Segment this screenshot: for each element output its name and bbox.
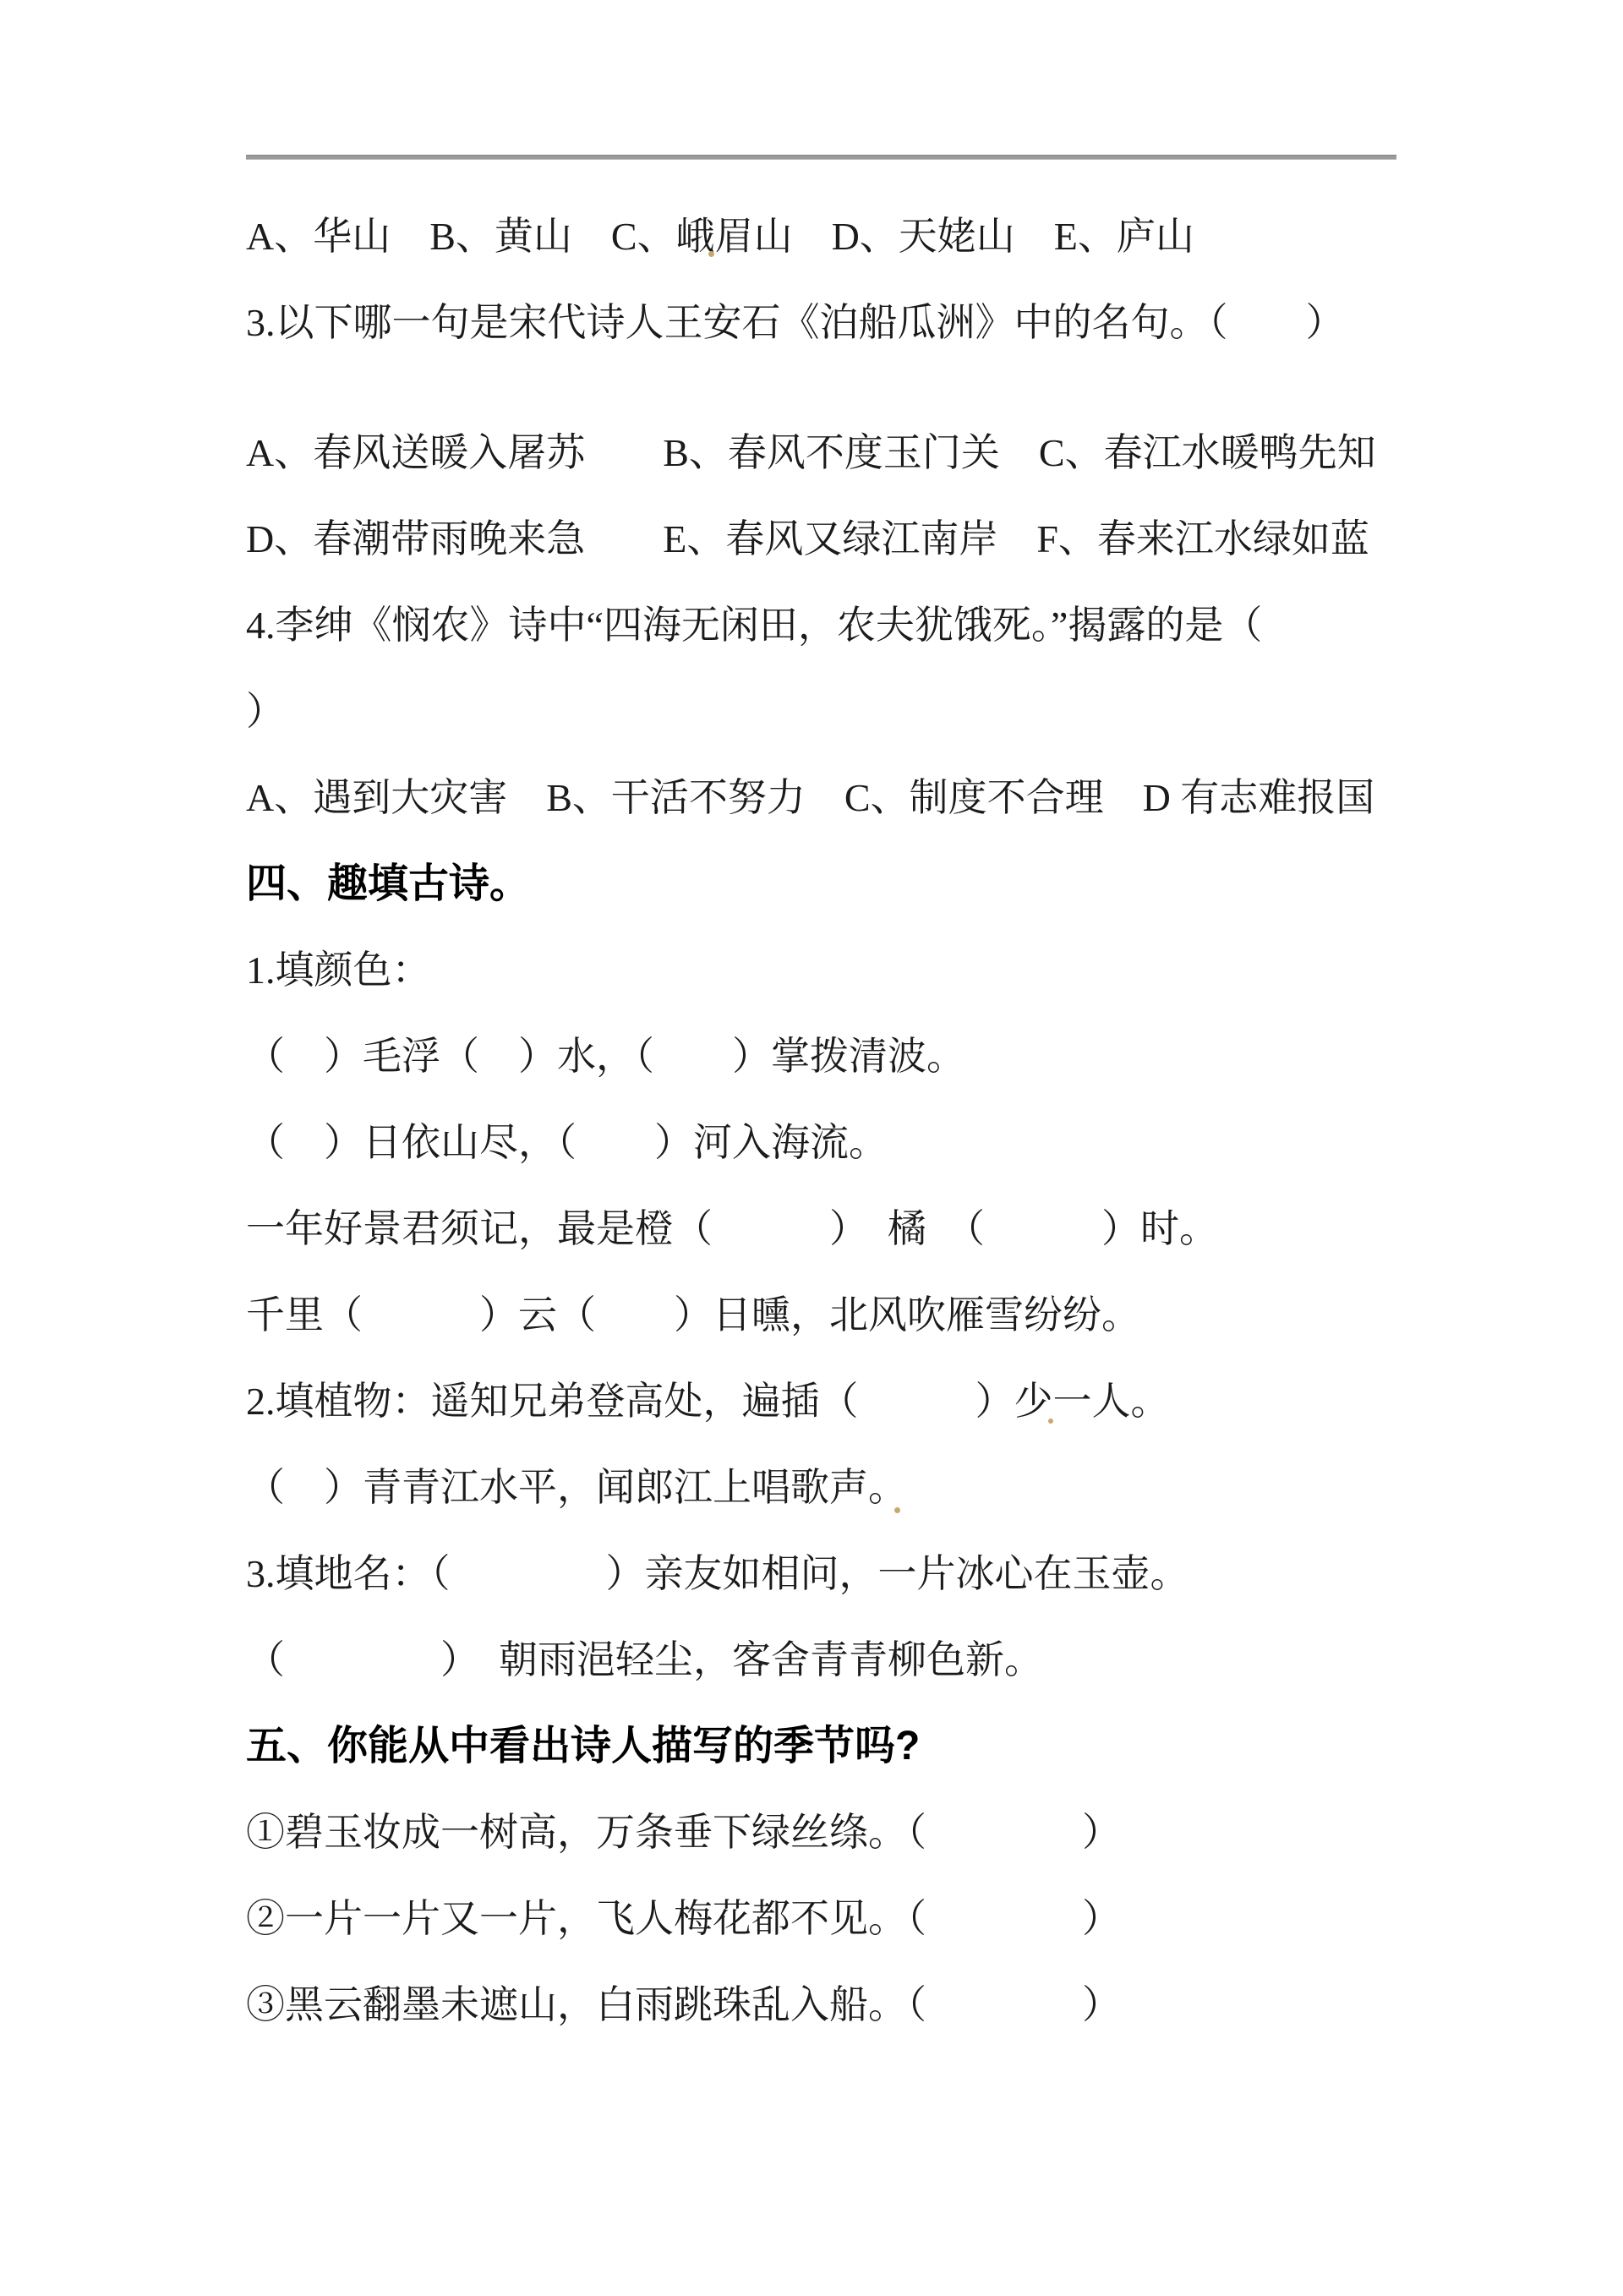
item-1-colors-label: 1.填颜色：: [246, 927, 1446, 1014]
colors-blank-line-4: 千里（ ）云（ ）日曛，北风吹雁雪纷纷。: [246, 1272, 1446, 1358]
plants-blank-line: （ ）青青江水平，闻郎江上唱歌声。: [246, 1445, 1446, 1531]
item-3-places-line: 3.填地名：（ ）亲友如相问，一片冰心在玉壶。: [246, 1531, 1446, 1617]
q3-options-row-1: A、春风送暖入屠苏 B、春风不度玉门关 C、春江水暖鸭先知: [246, 410, 1446, 496]
item-2-plants-line: 2.填植物：遥知兄弟登高处，遍插（ ）少一人。: [246, 1358, 1446, 1445]
stray-mark: [1048, 1419, 1053, 1424]
q4-stem: 4.李绅《悯农》诗中“四海无闲田，农夫犹饿死。”揭露的是（: [246, 582, 1446, 669]
section-4-heading: 四、趣填古诗。: [246, 841, 1446, 927]
colors-blank-line-3: 一年好景君须记，最是橙（ ） 橘 （ ）时。: [246, 1186, 1446, 1272]
header-separator-line: [246, 155, 1396, 160]
stray-mark: [708, 251, 714, 257]
section-5-heading: 五、你能从中看出诗人描写的季节吗?: [246, 1703, 1446, 1790]
season-item-1: ①碧玉妆成一树高，万条垂下绿丝绦。（ ）: [246, 1790, 1446, 1876]
season-item-2: ②一片一片又一片，飞人梅花都不见。（ ）: [246, 1876, 1446, 1962]
q4-stem-continuation: ）: [246, 669, 1446, 755]
stray-mark: [894, 1507, 900, 1513]
colors-blank-line-1: （ ）毛浮（ ）水，（ ）掌拨清波。: [246, 1014, 1446, 1100]
colors-blank-line-2: （ ）日依山尽，（ ）河入海流。: [246, 1100, 1446, 1186]
places-blank-line: （ ） 朝雨浥轻尘，客舍青青柳色新。: [246, 1617, 1446, 1703]
q4-options: A、遇到大灾害 B、干活不努力 C、制度不合理 D 有志难报国: [246, 755, 1446, 841]
worksheet-body: A、华山 B、黄山 C、峨眉山 D、天姥山 E、庐山 3.以下哪一句是宋代诗人王…: [246, 194, 1446, 2048]
q3-options-row-2: D、春潮带雨晚来急 E、春风又绿江南岸 F、春来江水绿如蓝: [246, 496, 1446, 582]
q2-options: A、华山 B、黄山 C、峨眉山 D、天姥山 E、庐山: [246, 194, 1446, 280]
worksheet-page: A、华山 B、黄山 C、峨眉山 D、天姥山 E、庐山 3.以下哪一句是宋代诗人王…: [0, 0, 1623, 2296]
q3-stem: 3.以下哪一句是宋代诗人王安石《泊船瓜洲》中的名句。（ ）: [246, 280, 1446, 366]
season-item-3: ③黑云翻墨未遮山，白雨跳珠乱入船。（ ）: [246, 1962, 1446, 2048]
